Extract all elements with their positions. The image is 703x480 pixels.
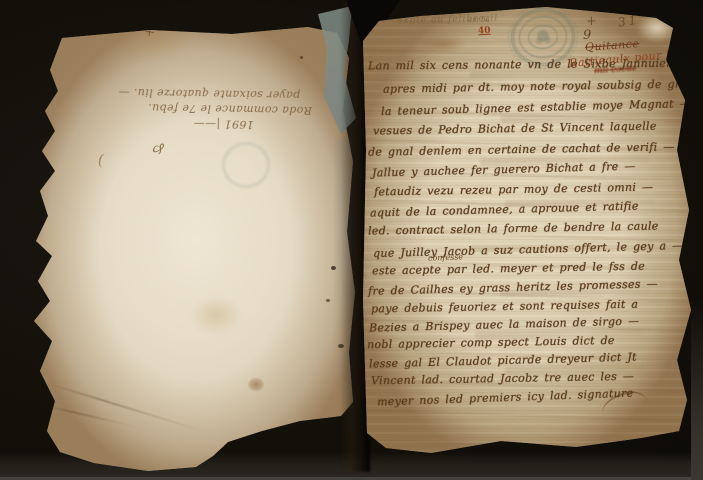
manuscript-scan: + 1691 |—— Roda commance le 7e febu. pay… bbox=[0, 0, 703, 480]
cross-mark: + bbox=[586, 14, 597, 29]
underlying-pages-edge bbox=[691, 300, 703, 480]
brown-spot bbox=[248, 378, 264, 391]
water-stain bbox=[120, 18, 190, 62]
ink-smudge bbox=[420, 36, 468, 52]
upside-down-inscription: 1691 |—— Roda commance le 7e febu. payer… bbox=[76, 84, 313, 133]
inscription-year-line: 1691 |—— bbox=[76, 114, 254, 132]
small-red-mark: 40 bbox=[478, 26, 491, 37]
cross-mark: + bbox=[143, 24, 156, 40]
faint-stain bbox=[282, 50, 308, 66]
corner-fold-highlight bbox=[636, 13, 678, 43]
ink-speck bbox=[326, 299, 330, 302]
ink-speck bbox=[36, 262, 39, 265]
stamp-showthrough bbox=[222, 142, 270, 188]
manuscript-line: Lan mil six cens nonante vn de le Sixbe … bbox=[368, 57, 689, 73]
ink-speck bbox=[300, 56, 303, 59]
interline-note: confessé bbox=[428, 252, 463, 262]
yellow-stain bbox=[190, 295, 242, 335]
small-gray-mark: am 9a bbox=[468, 16, 490, 24]
